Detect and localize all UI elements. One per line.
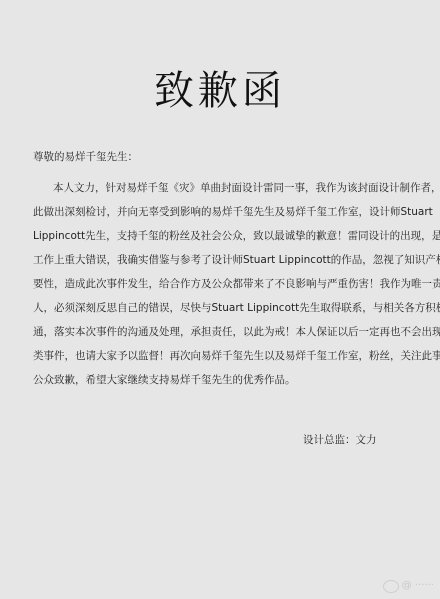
body-line: 要性，造成此次事件发生，给合作方及公众都带来了不良影响与严重伤害！我作为唯一责任 <box>33 276 413 292</box>
body-line: 人，必须深刻反思自己的错误，尽快与Stuart Lippincott先生取得联系… <box>33 300 413 316</box>
watermark: @ ······ <box>383 579 434 593</box>
body-line: 本人文力，针对易烊千玺《灾》单曲封面设计雷同一事，我作为该封面设计制作者，在 <box>53 180 413 196</box>
apology-letter-page: 致歉函 尊敬的易烊千玺先生： 本人文力，针对易烊千玺《灾》单曲封面设计雷同一事，… <box>0 0 440 599</box>
weibo-logo-icon <box>383 580 399 593</box>
letter-signature: 设计总监：文力 <box>303 432 377 448</box>
body-line: 工作上重大错误，我确实借鉴与参考了设计师Stuart Lippincott的作品… <box>33 252 413 268</box>
letter-salutation: 尊敬的易烊千玺先生： <box>33 149 138 165</box>
body-line: 通，落实本次事件的沟通及处理，承担责任，以此为戒！本人保证以后一定再也不会出现此 <box>33 324 413 340</box>
body-line: 公众致歉，希望大家继续支持易烊千玺先生的优秀作品。 <box>33 372 413 388</box>
watermark-text: @ ······ <box>402 579 434 593</box>
body-line: 类事件，也请大家予以监督！再次向易烊千玺先生以及易烊千玺工作室，粉丝，关注此事的 <box>33 348 413 364</box>
body-line: Lippincott先生，支持千玺的粉丝及社会公众，致以最诚挚的歉意！雷同设计的… <box>33 228 413 244</box>
letter-title: 致歉函 <box>0 66 440 116</box>
body-line: 此做出深刻检讨，并向无辜受到影响的易烊千玺先生及易烊千玺工作室，设计师Stuar… <box>33 204 413 220</box>
